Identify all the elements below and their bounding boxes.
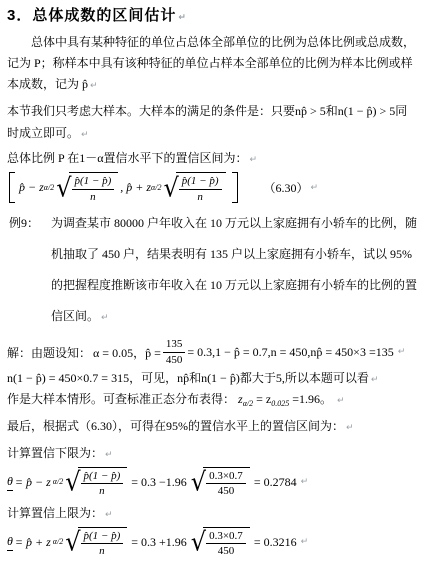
square-root: √ 0.3×0.7450	[191, 527, 250, 558]
math-run: p̂ − z	[19, 180, 44, 195]
fraction-numerator: p̂(1 − p̂)	[179, 175, 222, 190]
equation-number: （6.30）	[264, 179, 309, 196]
fraction: p̂(1 − p̂)n	[81, 530, 124, 558]
page-title: 3．总体成数的区间估计↵	[7, 4, 419, 25]
fraction-denominator: n	[81, 544, 124, 558]
fraction-denominator: n	[81, 484, 124, 498]
paragraph-mark-icon: ↵	[105, 450, 113, 460]
upper-limit-formula: θ = p̂ + zα/2 √ p̂(1 − p̂)n = 0.3 +1.96 …	[7, 527, 419, 558]
math-run: = 0.3,1 − p̂ = 0.7,n = 450,np̂ = 450×3 =…	[187, 345, 393, 360]
example-text: 为调查某市 80000 户年收入在 10 万元以上家庭拥有小轿车的比例，随机抽取…	[51, 216, 417, 323]
math-run: , p̂ + z	[120, 180, 151, 195]
fraction: p̂(1 − p̂)n	[72, 175, 115, 203]
lead-in-text: 总体比例 P 在1－α置信水平下的置信区间为：	[7, 151, 248, 165]
square-root: √ p̂(1 − p̂)n	[65, 467, 127, 498]
fraction-denominator: 450	[163, 353, 186, 367]
math-run: = z	[256, 392, 271, 406]
fraction-numerator: p̂(1 − p̂)	[81, 470, 124, 485]
fraction-denominator: n	[72, 190, 115, 204]
solution-label: 解：由题设知：	[7, 344, 91, 361]
paragraph-mark-icon: ↵	[337, 396, 345, 406]
fraction-numerator: p̂(1 − p̂)	[81, 530, 124, 545]
fraction-numerator: 0.3×0.7	[206, 470, 246, 485]
solution-line-3: 作是大样本情形。可查标准正态分布表得： zα/2 = z0.025 =1.96。…	[7, 390, 419, 411]
fraction-numerator: 0.3×0.7	[206, 530, 246, 545]
radical-sign-icon: √	[191, 530, 206, 556]
paragraph-large-sample: 本节我们只考虑大样本。大样本的满足的条件是：只要np̂ > 5和n(1 − p̂…	[7, 100, 419, 146]
fraction-numerator: 135	[163, 338, 186, 353]
paragraph-mark-icon: ↵	[346, 423, 354, 433]
math-run: = 0.3 −1.96	[131, 475, 187, 490]
fraction-denominator: 450	[206, 484, 246, 498]
square-root: √ p̂(1 − p̂)n	[65, 527, 127, 558]
math-run: α = 0.05，p̂ =	[93, 344, 161, 361]
solution-line-2: n(1 − p̂) = 450×0.7 = 315，可见，np̂和n(1 − p…	[7, 369, 419, 390]
formula-6-30: p̂ − zα/2 √ p̂(1 − p̂)n , p̂ + zα/2 √ p̂…	[9, 172, 419, 203]
math-run: = 0.3 +1.96	[131, 535, 187, 550]
radical-sign-icon: √	[163, 175, 178, 201]
paragraph-mark-icon: ↵	[178, 13, 187, 23]
paragraph-mark-icon: ↵	[105, 510, 113, 520]
paragraph-mark-icon: ↵	[250, 155, 258, 165]
fraction-denominator: 450	[206, 544, 246, 558]
radical-sign-icon: √	[65, 469, 80, 495]
math-run: =1.96。	[292, 392, 332, 406]
solution-line4-text: 最后，根据式（6.30），可得在95%的置信水平上的置信区间为：	[7, 419, 344, 433]
math-run: = 0.2784	[254, 475, 297, 490]
theta-upper: θ	[7, 534, 13, 551]
paragraph-mark-icon: ↵	[311, 183, 319, 193]
large-sample-text: 本节我们只考虑大样本。大样本的满足的条件是：只要np̂ > 5和n(1 − p̂…	[7, 104, 407, 140]
fraction-numerator: p̂(1 − p̂)	[72, 175, 115, 190]
fraction: p̂(1 − p̂)n	[179, 175, 222, 203]
lower-limit-label-text: 计算置信下限为：	[7, 446, 103, 460]
math-run: = 0.3216	[254, 535, 297, 550]
lower-limit-label: 计算置信下限为：↵	[7, 444, 419, 465]
title-text: 3．总体成数的区间估计	[7, 7, 176, 24]
square-root: √ 0.3×0.7450	[191, 467, 250, 498]
radical-sign-icon: √	[56, 175, 71, 201]
solution-intro-line: 解：由题设知： α = 0.05，p̂ = 135450 = 0.3,1 − p…	[7, 338, 419, 366]
right-bracket	[232, 172, 238, 203]
radical-sign-icon: √	[191, 469, 206, 495]
math-run: = p̂ + z	[15, 535, 51, 550]
example-9-paragraph: 例9： 为调查某市 80000 户年收入在 10 万元以上家庭拥有小轿车的比例，…	[7, 208, 419, 334]
paragraph-mark-icon: ↵	[81, 130, 89, 140]
paragraph-definition: 总体中具有某种特征的单位占总体全部单位的比例为总体比例或总成数，记为 P；称样本…	[7, 32, 419, 97]
fraction: 0.3×0.7450	[206, 470, 246, 498]
paragraph-mark-icon: ↵	[101, 313, 109, 323]
z-subscript: 0.025	[271, 399, 289, 408]
square-root: √ p̂(1 − p̂)n	[163, 172, 225, 203]
radical-sign-icon: √	[65, 530, 80, 556]
math-run: = p̂ − z	[15, 475, 51, 490]
paragraph-mark-icon: ↵	[301, 537, 309, 547]
fraction: p̂(1 − p̂)n	[81, 470, 124, 498]
fraction-denominator: n	[179, 190, 222, 204]
fraction: 135450	[163, 338, 186, 366]
paragraph-mark-icon: ↵	[90, 81, 98, 91]
lower-limit-formula: θ = p̂ − zα/2 √ p̂(1 − p̂)n = 0.3 −1.96 …	[7, 467, 419, 498]
solution-line3-text: 作是大样本情形。可查标准正态分布表得：	[7, 392, 235, 406]
confidence-interval-lead-in: 总体比例 P 在1－α置信水平下的置信区间为：↵	[7, 149, 419, 169]
document-page: 3．总体成数的区间估计↵ 总体中具有某种特征的单位占总体全部单位的比例为总体比例…	[0, 0, 427, 558]
paragraph-mark-icon: ↵	[301, 477, 309, 487]
fraction: 0.3×0.7450	[206, 530, 246, 558]
paragraph-mark-icon: ↵	[371, 375, 379, 385]
square-root: √ p̂(1 − p̂)n	[56, 172, 118, 203]
definition-text: 总体中具有某种特征的单位占总体全部单位的比例为总体比例或总成数，记为 P；称样本…	[7, 35, 415, 91]
upper-limit-label-text: 计算置信上限为：	[7, 506, 103, 520]
z-subscript: α/2	[243, 399, 253, 408]
left-bracket	[9, 172, 15, 203]
example-label: 例9：	[9, 208, 39, 239]
theta-lower: θ	[7, 474, 13, 491]
paragraph-mark-icon: ↵	[398, 347, 406, 357]
solution-line-4: 最后，根据式（6.30），可得在95%的置信水平上的置信区间为：↵	[7, 417, 419, 438]
upper-limit-label: 计算置信上限为：↵	[7, 504, 419, 525]
solution-line2-text: n(1 − p̂) = 450×0.7 = 315，可见，np̂和n(1 − p…	[7, 371, 369, 385]
